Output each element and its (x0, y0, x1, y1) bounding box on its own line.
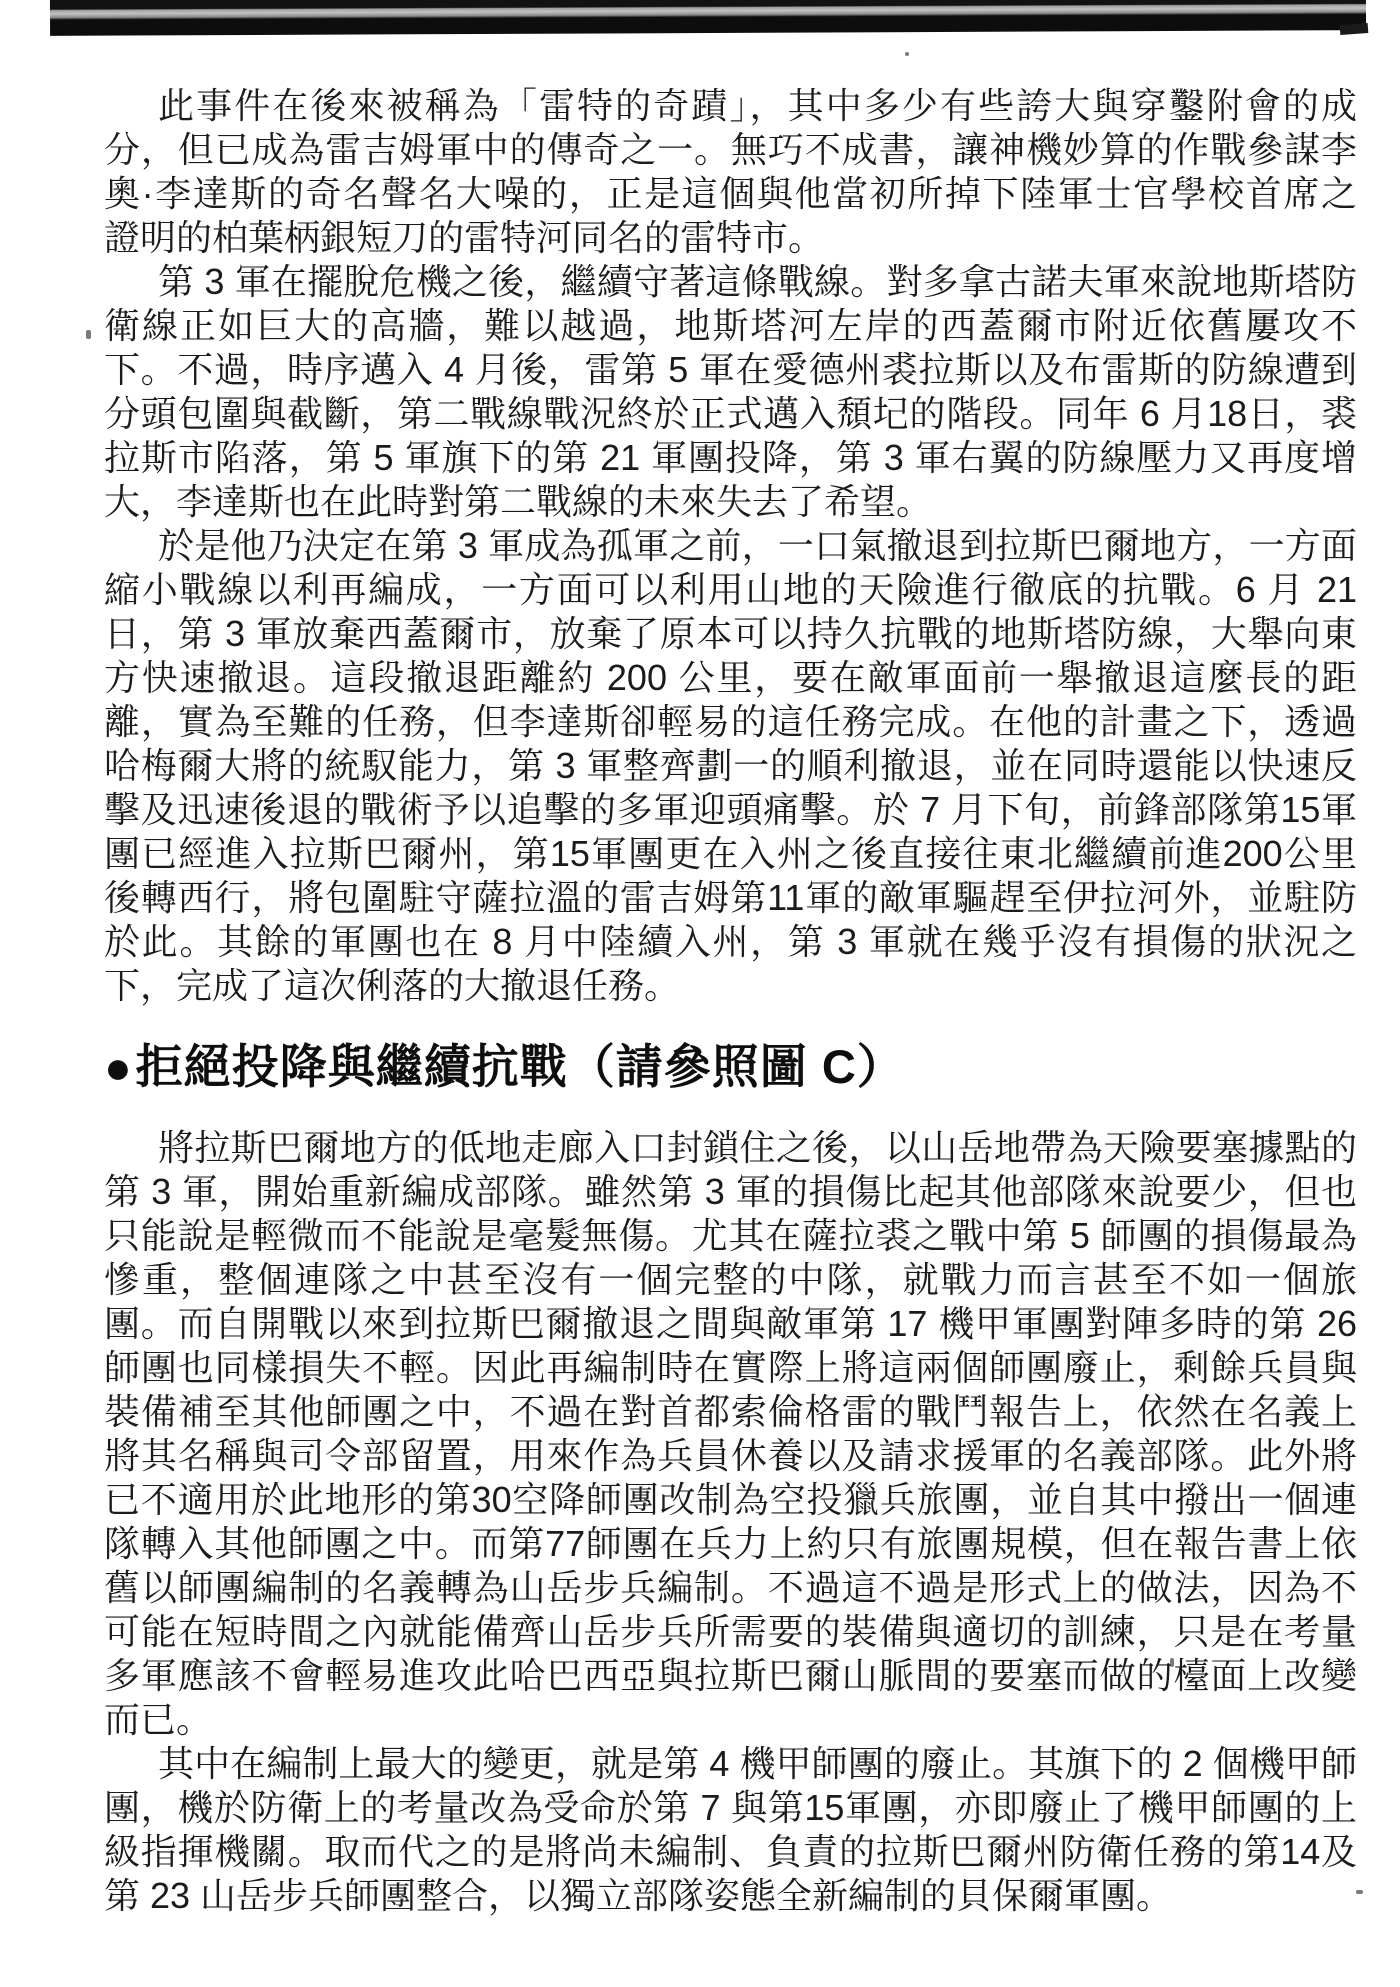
text-line: 衛線正如巨大的高牆，難以越過，地斯塔河左岸的西蓋爾市附近依舊屢攻不 (104, 304, 1357, 348)
text-line: 裝備補至其他師團之中，不過在對首都索倫格雷的戰鬥報告上，依然在名義上 (104, 1390, 1357, 1434)
text-line: 師團也同樣損失不輕。因此再編制時在實際上將這兩個師團廢止，剩餘兵員與 (104, 1346, 1357, 1390)
text-line: 證明的柏葉柄銀短刀的雷特河同名的雷特市。 (104, 216, 1357, 260)
text-line: 此事件在後來被稱為「雷特的奇蹟」，其中多少有些誇大與穿鑿附會的成 (104, 84, 1357, 128)
text-line: 下。不過，時序邁入 4 月後，雷第 5 軍在愛德州裘拉斯以及布雷斯的防線遭到 (104, 348, 1357, 392)
text-line: 後轉西行，將包圍駐守薩拉溫的雷吉姆第11軍的敵軍驅趕至伊拉河外，並駐防 (104, 876, 1357, 920)
text-line: 其中在編制上最大的變更，就是第 4 機甲師團的廢止。其旗下的 2 個機甲師 (104, 1742, 1357, 1786)
scan-speck (1356, 1890, 1363, 1894)
text-line: 奧·李達斯的奇名聲名大噪的，正是這個與他當初所掉下陸軍士官學校首席之 (104, 172, 1357, 216)
article-body: 此事件在後來被稱為「雷特的奇蹟」，其中多少有些誇大與穿鑿附會的成分，但已成為雷吉… (104, 84, 1357, 1918)
scan-artifact-top-bar (50, 0, 1366, 36)
scan-artifact-bar-tail (1340, 23, 1369, 35)
text-line: 第 3 軍在擺脫危機之後，繼續守著這條戰線。對多拿古諾夫軍來說地斯塔防 (104, 260, 1357, 304)
paragraph: 於是他乃決定在第 3 軍成為孤軍之前，一口氣撤退到拉斯巴爾地方，一方面縮小戰線以… (104, 524, 1357, 1008)
paragraph: 將拉斯巴爾地方的低地走廊入口封鎖住之後，以山岳地帶為天險要塞據點的第 3 軍，開… (104, 1126, 1357, 1742)
text-line: 方快速撤退。這段撤退距離約 200 公里，要在敵軍面前一舉撤退這麼長的距 (104, 656, 1357, 700)
text-line: 多軍應該不會輕易進攻此哈巴西亞與拉斯巴爾山脈間的要塞而做的檯面上改變 (104, 1654, 1357, 1698)
text-line: 哈梅爾大將的統馭能力，第 3 軍整齊劃一的順利撤退，並在同時還能以快速反 (104, 744, 1357, 788)
text-line: 而已。 (104, 1698, 1357, 1742)
text-line: 慘重，整個連隊之中甚至沒有一個完整的中隊，就戰力而言甚至不如一個旅 (104, 1258, 1357, 1302)
text-line: 只能說是輕微而不能說是毫髮無傷。尤其在薩拉裘之戰中第 5 師團的損傷最為 (104, 1214, 1357, 1258)
text-line: 級指揮機關。取而代之的是將尚未編制、負責的拉斯巴爾州防衛任務的第14及 (104, 1830, 1357, 1874)
text-line: 分，但已成為雷吉姆軍中的傳奇之一。無巧不成書，讓神機妙算的作戰參謀李 (104, 128, 1357, 172)
scan-speck (86, 330, 91, 339)
text-line: 已不適用於此地形的第30空降師團改制為空投獵兵旅團，並自其中撥出一個連 (104, 1478, 1357, 1522)
text-line: 可能在短時間之內就能備齊山岳步兵所需要的裝備與適切的訓練，只是在考量 (104, 1610, 1357, 1654)
text-line: 舊以師團編制的名義轉為山岳步兵編制。不過這不過是形式上的做法，因為不 (104, 1566, 1357, 1610)
text-line: 擊及迅速後退的戰術予以追擊的多軍迎頭痛擊。於 7 月下旬，前鋒部隊第15軍 (104, 788, 1357, 832)
text-line: 下，完成了這次俐落的大撤退任務。 (104, 964, 1357, 1008)
paragraph: 第 3 軍在擺脫危機之後，繼續守著這條戰線。對多拿古諾夫軍來說地斯塔防衛線正如巨… (104, 260, 1357, 524)
text-line: 分頭包圍與截斷，第二戰線戰況終於正式邁入頹圮的階段。同年 6 月18日，裘 (104, 392, 1357, 436)
paragraph: 此事件在後來被稱為「雷特的奇蹟」，其中多少有些誇大與穿鑿附會的成分，但已成為雷吉… (104, 84, 1357, 260)
section-heading: ●拒絕投降與繼續抗戰（請參照圖 C） (104, 1038, 1357, 1096)
section-heading-text: 拒絕投降與繼續抗戰（請參照圖 C） (136, 1045, 905, 1089)
text-line: 第 3 軍，開始重新編成部隊。雖然第 3 軍的損傷比起其他部隊來說要少，但也 (104, 1170, 1357, 1214)
text-line: 日，第 3 軍放棄西蓋爾市，放棄了原本可以持久抗戰的地斯塔防線，大舉向東 (104, 612, 1357, 656)
text-line: 團，機於防衛上的考量改為受命於第 7 與第15軍團，亦即廢止了機甲師團的上 (104, 1786, 1357, 1830)
text-line: 將其名稱與司令部留置，用來作為兵員休養以及請求援軍的名義部隊。此外將 (104, 1434, 1357, 1478)
scan-speck (905, 52, 909, 56)
text-line: 隊轉入其他師團之中。而第77師團在兵力上約只有旅團規模，但在報告書上依 (104, 1522, 1357, 1566)
text-line: 於是他乃決定在第 3 軍成為孤軍之前，一口氣撤退到拉斯巴爾地方，一方面 (104, 524, 1357, 568)
text-line: 離，實為至難的任務，但李達斯卻輕易的這任務完成。在他的計畫之下，透過 (104, 700, 1357, 744)
scanned-page: 此事件在後來被稱為「雷特的奇蹟」，其中多少有些誇大與穿鑿附會的成分，但已成為雷吉… (0, 0, 1400, 1987)
paragraph: 其中在編制上最大的變更，就是第 4 機甲師團的廢止。其旗下的 2 個機甲師團，機… (104, 1742, 1357, 1918)
text-line: 大，李達斯也在此時對第二戰線的未來失去了希望。 (104, 480, 1357, 524)
text-line: 拉斯市陷落，第 5 軍旗下的第 21 軍團投降，第 3 軍右翼的防線壓力又再度增 (104, 436, 1357, 480)
text-line: 縮小戰線以利再編成，一方面可以利用山地的天險進行徹底的抗戰。6 月 21 (104, 568, 1357, 612)
text-line: 團。而自開戰以來到拉斯巴爾撤退之間與敵軍第 17 機甲軍團對陣多時的第 26 (104, 1302, 1357, 1346)
text-line: 於此。其餘的軍團也在 8 月中陸續入州，第 3 軍就在幾乎沒有損傷的狀況之 (104, 920, 1357, 964)
text-line: 將拉斯巴爾地方的低地走廊入口封鎖住之後，以山岳地帶為天險要塞據點的 (104, 1126, 1357, 1170)
text-line: 第 23 山岳步兵師團整合，以獨立部隊姿態全新編制的貝保爾軍團。 (104, 1874, 1357, 1918)
text-line: 團已經進入拉斯巴爾州，第15軍團更在入州之後直接往東北繼續前進200公里 (104, 832, 1357, 876)
section-bullet-icon: ● (104, 1038, 133, 1096)
